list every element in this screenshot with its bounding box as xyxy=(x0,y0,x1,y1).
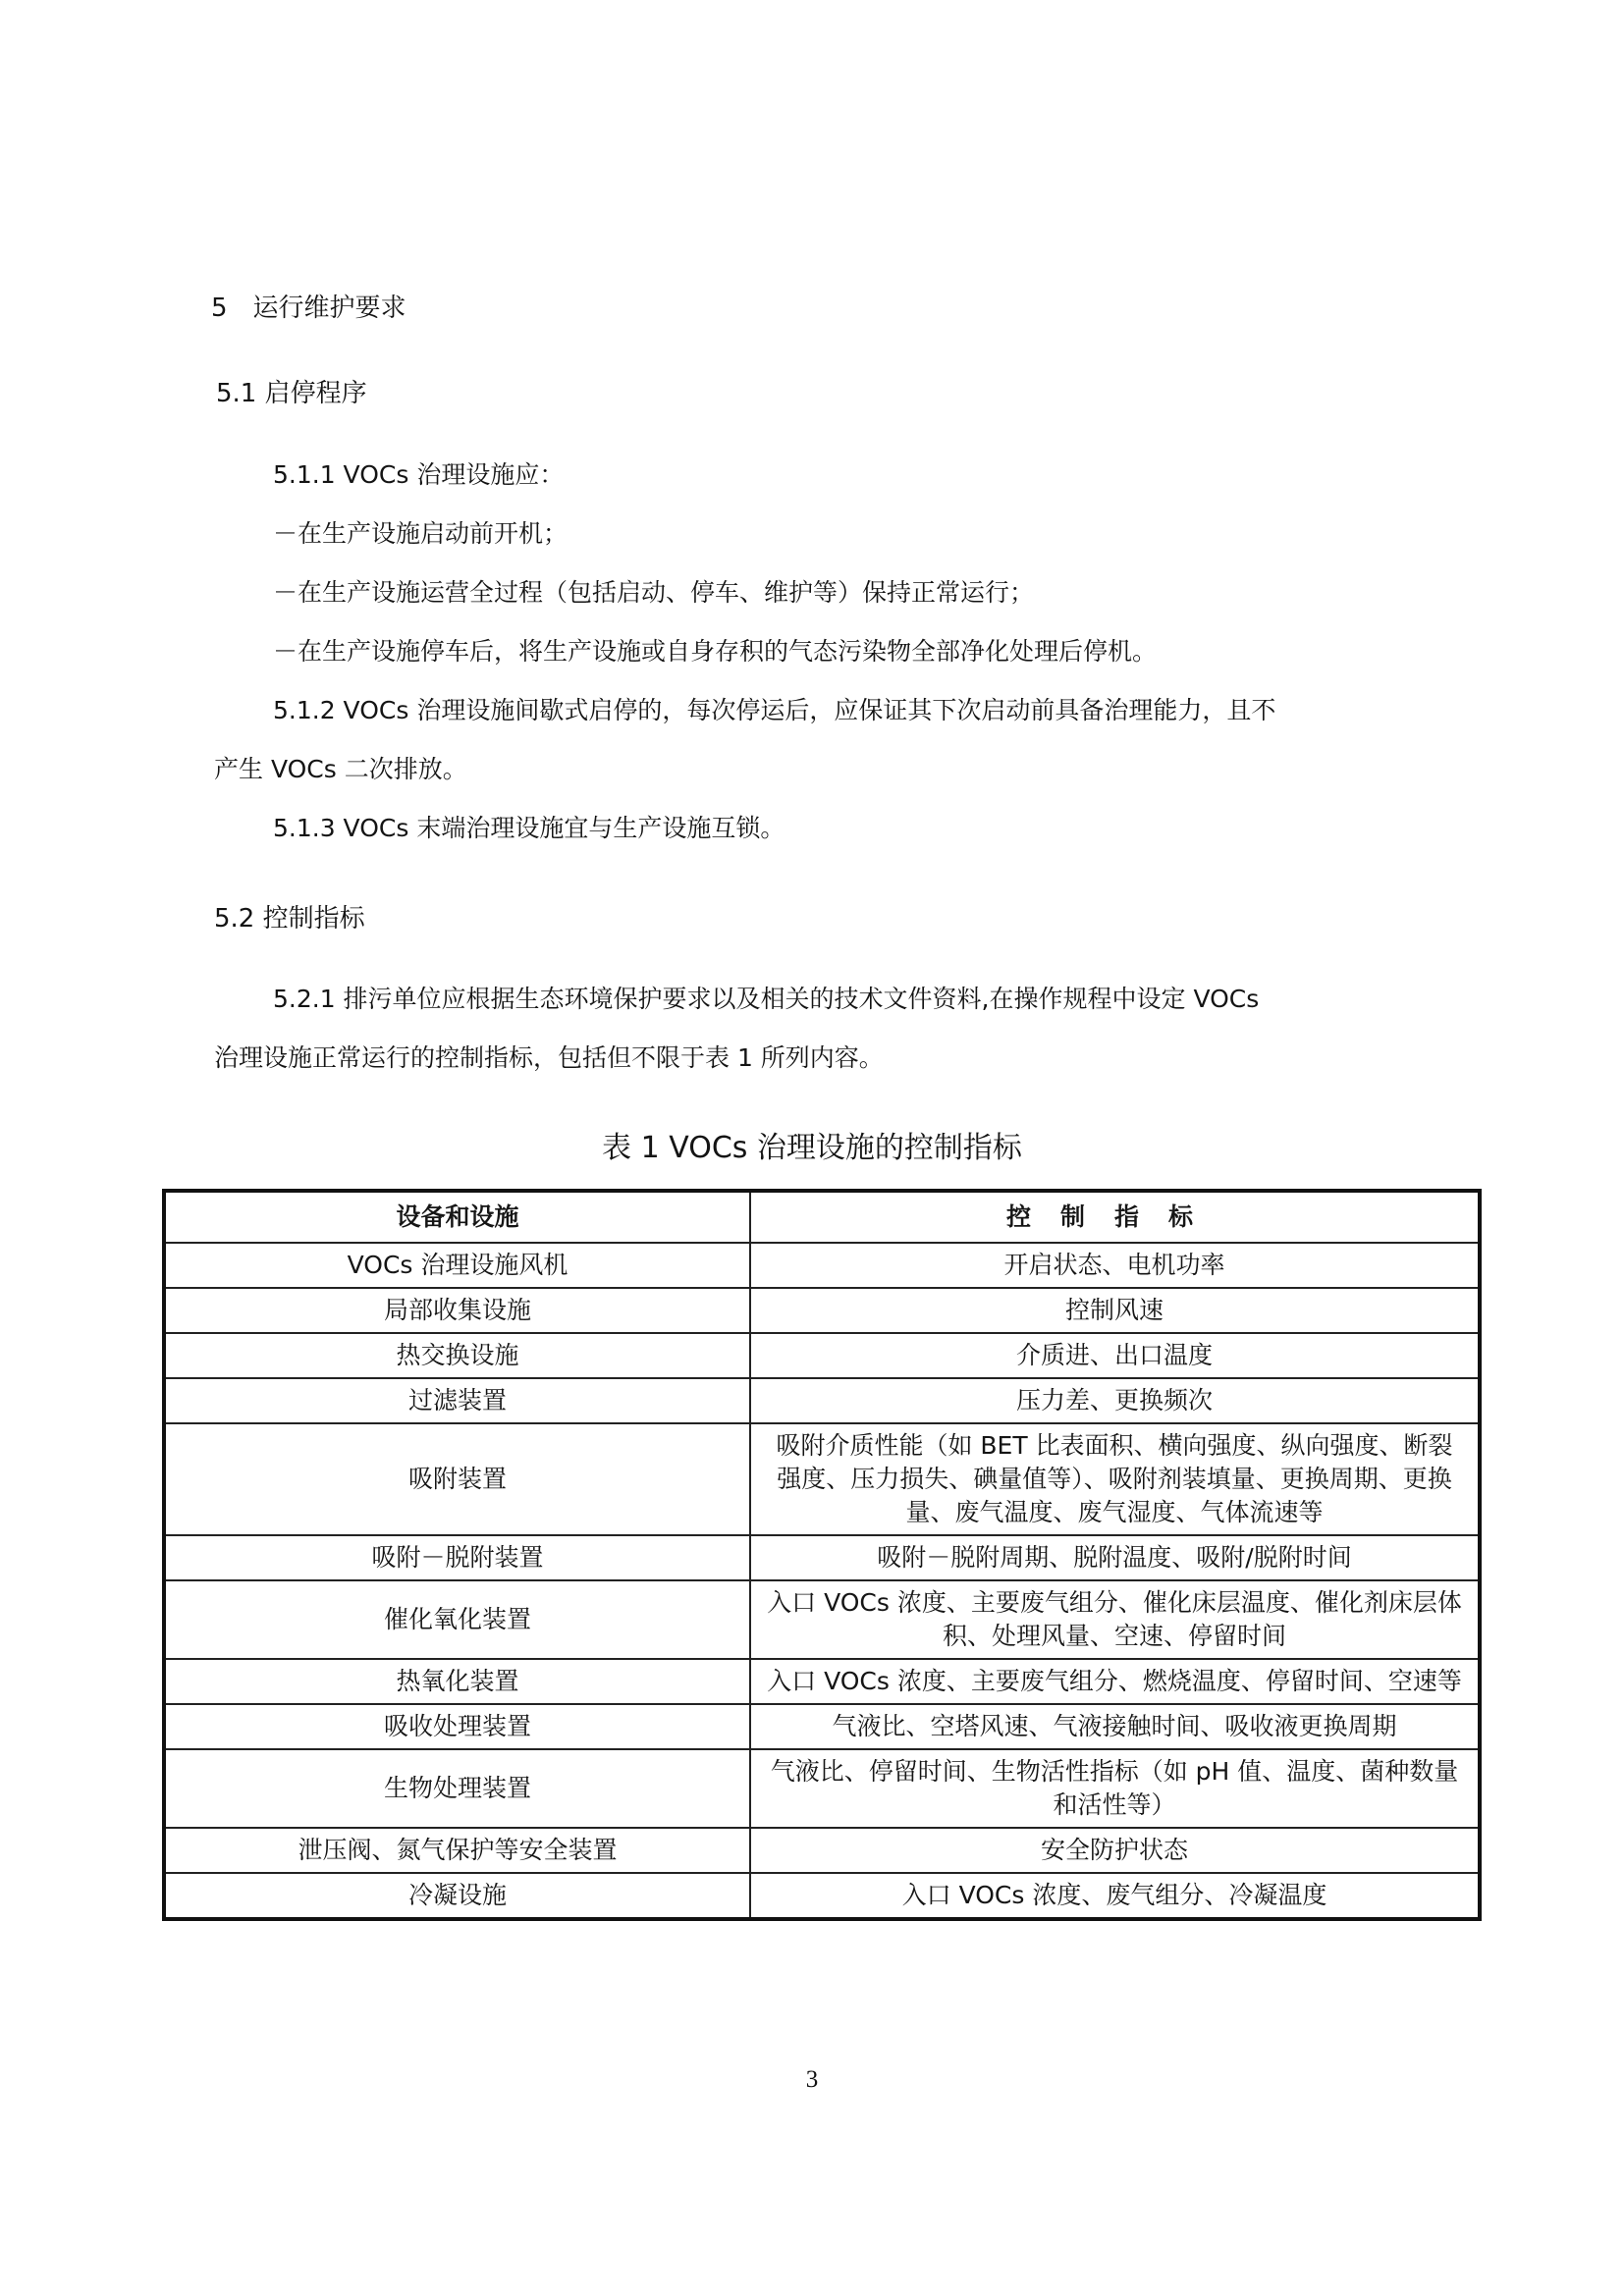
equipment-cell: 吸收处理装置 xyxy=(164,1704,750,1749)
indicators-cell: 吸附－脱附周期、脱附温度、吸附/脱附时间 xyxy=(750,1535,1480,1580)
table-row: 生物处理装置 气液比、停留时间、生物活性指标（如 pH 值、温度、菌种数量和活性… xyxy=(164,1749,1480,1828)
page-number: 3 xyxy=(0,2066,1624,2094)
table-row: 热交换设施 介质进、出口温度 xyxy=(164,1333,1480,1378)
clause-5-2-1-line1: 5.2.1 排污单位应根据生态环境保护要求以及相关的技术文件资料,在操作规程中设… xyxy=(273,982,1259,1017)
column-header-indicators: 控制指标 xyxy=(750,1191,1480,1243)
indicators-cell: 介质进、出口温度 xyxy=(750,1333,1480,1378)
table-row: 过滤装置 压力差、更换频次 xyxy=(164,1378,1480,1423)
document-page: 5 运行维护要求 5.1 启停程序 5.1.1 VOCs 治理设施应： －在生产… xyxy=(0,0,1624,2296)
equipment-cell: 催化氧化装置 xyxy=(164,1580,750,1659)
equipment-cell: 热交换设施 xyxy=(164,1333,750,1378)
equipment-cell: 过滤装置 xyxy=(164,1378,750,1423)
control-indicators-table: 设备和设施 控制指标 VOCs 治理设施风机 开启状态、电机功率 局部收集设施 … xyxy=(162,1189,1482,1921)
indicators-cell: 入口 VOCs 浓度、主要废气组分、催化床层温度、催化剂床层体积、处理风量、空速… xyxy=(750,1580,1480,1659)
bullet-item: －在生产设施启动前开机； xyxy=(273,516,568,552)
equipment-cell: 局部收集设施 xyxy=(164,1288,750,1333)
section-heading-5-1: 5.1 启停程序 xyxy=(216,376,367,411)
table-row: VOCs 治理设施风机 开启状态、电机功率 xyxy=(164,1243,1480,1288)
clause-5-1-1: 5.1.1 VOCs 治理设施应： xyxy=(273,457,564,493)
table-header-row: 设备和设施 控制指标 xyxy=(164,1191,1480,1243)
indicators-cell: 入口 VOCs 浓度、主要废气组分、燃烧温度、停留时间、空速等 xyxy=(750,1659,1480,1704)
indicators-cell: 压力差、更换频次 xyxy=(750,1378,1480,1423)
table-row: 吸附装置 吸附介质性能（如 BET 比表面积、横向强度、纵向强度、断裂强度、压力… xyxy=(164,1423,1480,1535)
table-row: 吸收处理装置 气液比、空塔风速、气液接触时间、吸收液更换周期 xyxy=(164,1704,1480,1749)
clause-5-2-1-line2: 治理设施正常运行的控制指标，包括但不限于表 1 所列内容。 xyxy=(214,1041,884,1076)
indicators-cell: 气液比、停留时间、生物活性指标（如 pH 值、温度、菌种数量和活性等） xyxy=(750,1749,1480,1828)
indicators-cell: 开启状态、电机功率 xyxy=(750,1243,1480,1288)
column-header-equipment: 设备和设施 xyxy=(164,1191,750,1243)
table-row: 催化氧化装置 入口 VOCs 浓度、主要废气组分、催化床层温度、催化剂床层体积、… xyxy=(164,1580,1480,1659)
equipment-cell: 吸附装置 xyxy=(164,1423,750,1535)
table-row: 吸附－脱附装置 吸附－脱附周期、脱附温度、吸附/脱附时间 xyxy=(164,1535,1480,1580)
indicators-cell: 吸附介质性能（如 BET 比表面积、横向强度、纵向强度、断裂强度、压力损失、碘量… xyxy=(750,1423,1480,1535)
indicators-cell: 控制风速 xyxy=(750,1288,1480,1333)
indicators-cell: 入口 VOCs 浓度、废气组分、冷凝温度 xyxy=(750,1873,1480,1919)
equipment-cell: VOCs 治理设施风机 xyxy=(164,1243,750,1288)
equipment-cell: 热氧化装置 xyxy=(164,1659,750,1704)
equipment-cell: 冷凝设施 xyxy=(164,1873,750,1919)
equipment-cell: 泄压阀、氮气保护等安全装置 xyxy=(164,1828,750,1873)
table-row: 冷凝设施 入口 VOCs 浓度、废气组分、冷凝温度 xyxy=(164,1873,1480,1919)
equipment-cell: 生物处理装置 xyxy=(164,1749,750,1828)
table-row: 局部收集设施 控制风速 xyxy=(164,1288,1480,1333)
indicators-cell: 气液比、空塔风速、气液接触时间、吸收液更换周期 xyxy=(750,1704,1480,1749)
equipment-cell: 吸附－脱附装置 xyxy=(164,1535,750,1580)
bullet-item: －在生产设施运营全过程（包括启动、停车、维护等）保持正常运行； xyxy=(273,575,1034,611)
clause-5-1-2-line2: 产生 VOCs 二次排放。 xyxy=(214,752,467,787)
section-heading-5: 5 运行维护要求 xyxy=(211,291,406,326)
bullet-item: －在生产设施停车后，将生产设施或自身存积的气态污染物全部净化处理后停机。 xyxy=(273,634,1157,669)
clause-5-1-3: 5.1.3 VOCs 末端治理设施宜与生产设施互锁。 xyxy=(273,811,785,846)
clause-5-1-2-line1: 5.1.2 VOCs 治理设施间歇式启停的，每次停运后，应保证其下次启动前具备治… xyxy=(273,693,1275,728)
table-caption: 表 1 VOCs 治理设施的控制指标 xyxy=(0,1129,1624,1168)
table-row: 热氧化装置 入口 VOCs 浓度、主要废气组分、燃烧温度、停留时间、空速等 xyxy=(164,1659,1480,1704)
table-row: 泄压阀、氮气保护等安全装置 安全防护状态 xyxy=(164,1828,1480,1873)
section-heading-5-2: 5.2 控制指标 xyxy=(214,901,365,936)
indicators-cell: 安全防护状态 xyxy=(750,1828,1480,1873)
